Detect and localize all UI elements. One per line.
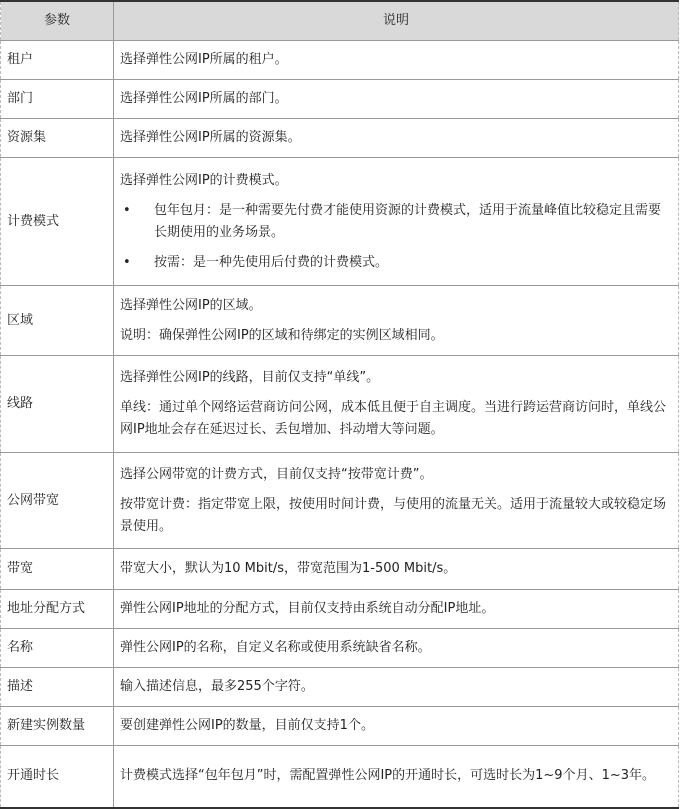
description-cell: 选择弹性公网IP所属的租户。 xyxy=(114,41,679,80)
param-cell: 开通时长 xyxy=(1,746,114,808)
description-cell: 弹性公网IP的名称，自定义名称或使用系统缺省名称。 xyxy=(114,629,679,668)
description-text: 选择弹性公网IP所属的租户。 xyxy=(120,49,672,71)
parameter-table: 参数 说明 租户选择弹性公网IP所属的租户。部门选择弹性公网IP所属的部门。资源… xyxy=(0,0,679,809)
table-header-row: 参数 说明 xyxy=(1,1,679,41)
param-cell: 区域 xyxy=(1,286,114,356)
table-row: 公网带宽选择公网带宽的计费方式，目前仅支持“按带宽计费”。按带宽计费：指定带宽上… xyxy=(1,453,679,549)
param-cell: 资源集 xyxy=(1,119,114,158)
header-param: 参数 xyxy=(1,1,114,41)
table-row: 名称弹性公网IP的名称，自定义名称或使用系统缺省名称。 xyxy=(1,629,679,668)
bullet-icon: • xyxy=(123,200,131,222)
bullet-item: •包年包月：是一种需要先付费才能使用资源的计费模式，适用于流量峰值比较稳定且需要… xyxy=(120,200,672,244)
table-row: 区域选择弹性公网IP的区域。说明：确保弹性公网IP的区域和待绑定的实例区域相同。 xyxy=(1,286,679,356)
description-cell: 选择公网带宽的计费方式，目前仅支持“按带宽计费”。按带宽计费：指定带宽上限，按使… xyxy=(114,453,679,549)
param-cell: 名称 xyxy=(1,629,114,668)
parameter-table-container: 参数 说明 租户选择弹性公网IP所属的租户。部门选择弹性公网IP所属的部门。资源… xyxy=(0,0,680,809)
param-cell: 地址分配方式 xyxy=(1,590,114,629)
table-row: 资源集选择弹性公网IP所属的资源集。 xyxy=(1,119,679,158)
bullet-icon: • xyxy=(123,252,131,274)
description-cell: 选择弹性公网IP的区域。说明：确保弹性公网IP的区域和待绑定的实例区域相同。 xyxy=(114,286,679,356)
header-desc: 说明 xyxy=(114,1,679,41)
description-text: 选择弹性公网IP所属的部门。 xyxy=(120,88,672,110)
table-row: 计费模式选择弹性公网IP的计费模式。•包年包月：是一种需要先付费才能使用资源的计… xyxy=(1,158,679,286)
description-cell: 计费模式选择“包年包月”时，需配置弹性公网IP的开通时长，可选时长为1~9个月、… xyxy=(114,746,679,808)
param-cell: 租户 xyxy=(1,41,114,80)
description-text: 输入描述信息，最多255个字符。 xyxy=(120,676,672,698)
description-cell: 输入描述信息，最多255个字符。 xyxy=(114,668,679,707)
param-cell: 描述 xyxy=(1,668,114,707)
description-text: 计费模式选择“包年包月”时，需配置弹性公网IP的开通时长，可选时长为1~9个月、… xyxy=(120,765,672,787)
description-cell: 选择弹性公网IP所属的部门。 xyxy=(114,80,679,119)
param-cell: 部门 xyxy=(1,80,114,119)
param-cell: 带宽 xyxy=(1,549,114,590)
bullet-item: •按需：是一种先使用后付费的计费模式。 xyxy=(120,252,672,274)
table-row: 新建实例数量要创建弹性公网IP的数量，目前仅支持1个。 xyxy=(1,707,679,746)
description-cell: 弹性公网IP地址的分配方式，目前仅支持由系统自动分配IP地址。 xyxy=(114,590,679,629)
table-row: 部门选择弹性公网IP所属的部门。 xyxy=(1,80,679,119)
description-cell: 带宽大小，默认为10 Mbit/s，带宽范围为1-500 Mbit/s。 xyxy=(114,549,679,590)
description-text: 弹性公网IP地址的分配方式，目前仅支持由系统自动分配IP地址。 xyxy=(120,598,672,620)
description-text: 选择公网带宽的计费方式，目前仅支持“按带宽计费”。 xyxy=(120,464,672,486)
description-text: 弹性公网IP的名称，自定义名称或使用系统缺省名称。 xyxy=(120,637,672,659)
param-cell: 计费模式 xyxy=(1,158,114,286)
table-body: 租户选择弹性公网IP所属的租户。部门选择弹性公网IP所属的部门。资源集选择弹性公… xyxy=(1,41,679,808)
table-row: 开通时长计费模式选择“包年包月”时，需配置弹性公网IP的开通时长，可选时长为1~… xyxy=(1,746,679,808)
table-row: 描述输入描述信息，最多255个字符。 xyxy=(1,668,679,707)
description-text: 按带宽计费：指定带宽上限，按使用时间计费，与使用的流量无关。适用于流量较大或较稳… xyxy=(120,494,672,538)
table-row: 线路选择弹性公网IP的线路，目前仅支持“单线”。单线：通过单个网络运营商访问公网… xyxy=(1,356,679,453)
description-text: 选择弹性公网IP的线路，目前仅支持“单线”。 xyxy=(120,367,672,389)
table-row: 租户选择弹性公网IP所属的租户。 xyxy=(1,41,679,80)
table-row: 地址分配方式弹性公网IP地址的分配方式，目前仅支持由系统自动分配IP地址。 xyxy=(1,590,679,629)
description-text: 选择弹性公网IP所属的资源集。 xyxy=(120,127,672,149)
param-cell: 公网带宽 xyxy=(1,453,114,549)
description-text: 带宽大小，默认为10 Mbit/s，带宽范围为1-500 Mbit/s。 xyxy=(120,558,672,580)
description-text: 说明：确保弹性公网IP的区域和待绑定的实例区域相同。 xyxy=(120,325,672,347)
description-text: 选择弹性公网IP的计费模式。 xyxy=(120,170,672,192)
table-row: 带宽带宽大小，默认为10 Mbit/s，带宽范围为1-500 Mbit/s。 xyxy=(1,549,679,590)
description-cell: 要创建弹性公网IP的数量，目前仅支持1个。 xyxy=(114,707,679,746)
description-cell: 选择弹性公网IP的线路，目前仅支持“单线”。单线：通过单个网络运营商访问公网，成… xyxy=(114,356,679,453)
param-cell: 新建实例数量 xyxy=(1,707,114,746)
description-text: 单线：通过单个网络运营商访问公网，成本低且便于自主调度。当进行跨运营商访问时，单… xyxy=(120,397,672,441)
description-cell: 选择弹性公网IP所属的资源集。 xyxy=(114,119,679,158)
description-cell: 选择弹性公网IP的计费模式。•包年包月：是一种需要先付费才能使用资源的计费模式，… xyxy=(114,158,679,286)
param-cell: 线路 xyxy=(1,356,114,453)
bullet-text: 包年包月：是一种需要先付费才能使用资源的计费模式，适用于流量峰值比较稳定且需要长… xyxy=(154,203,661,240)
bullet-text: 按需：是一种先使用后付费的计费模式。 xyxy=(154,255,388,270)
description-text: 要创建弹性公网IP的数量，目前仅支持1个。 xyxy=(120,715,672,737)
description-text: 选择弹性公网IP的区域。 xyxy=(120,295,672,317)
